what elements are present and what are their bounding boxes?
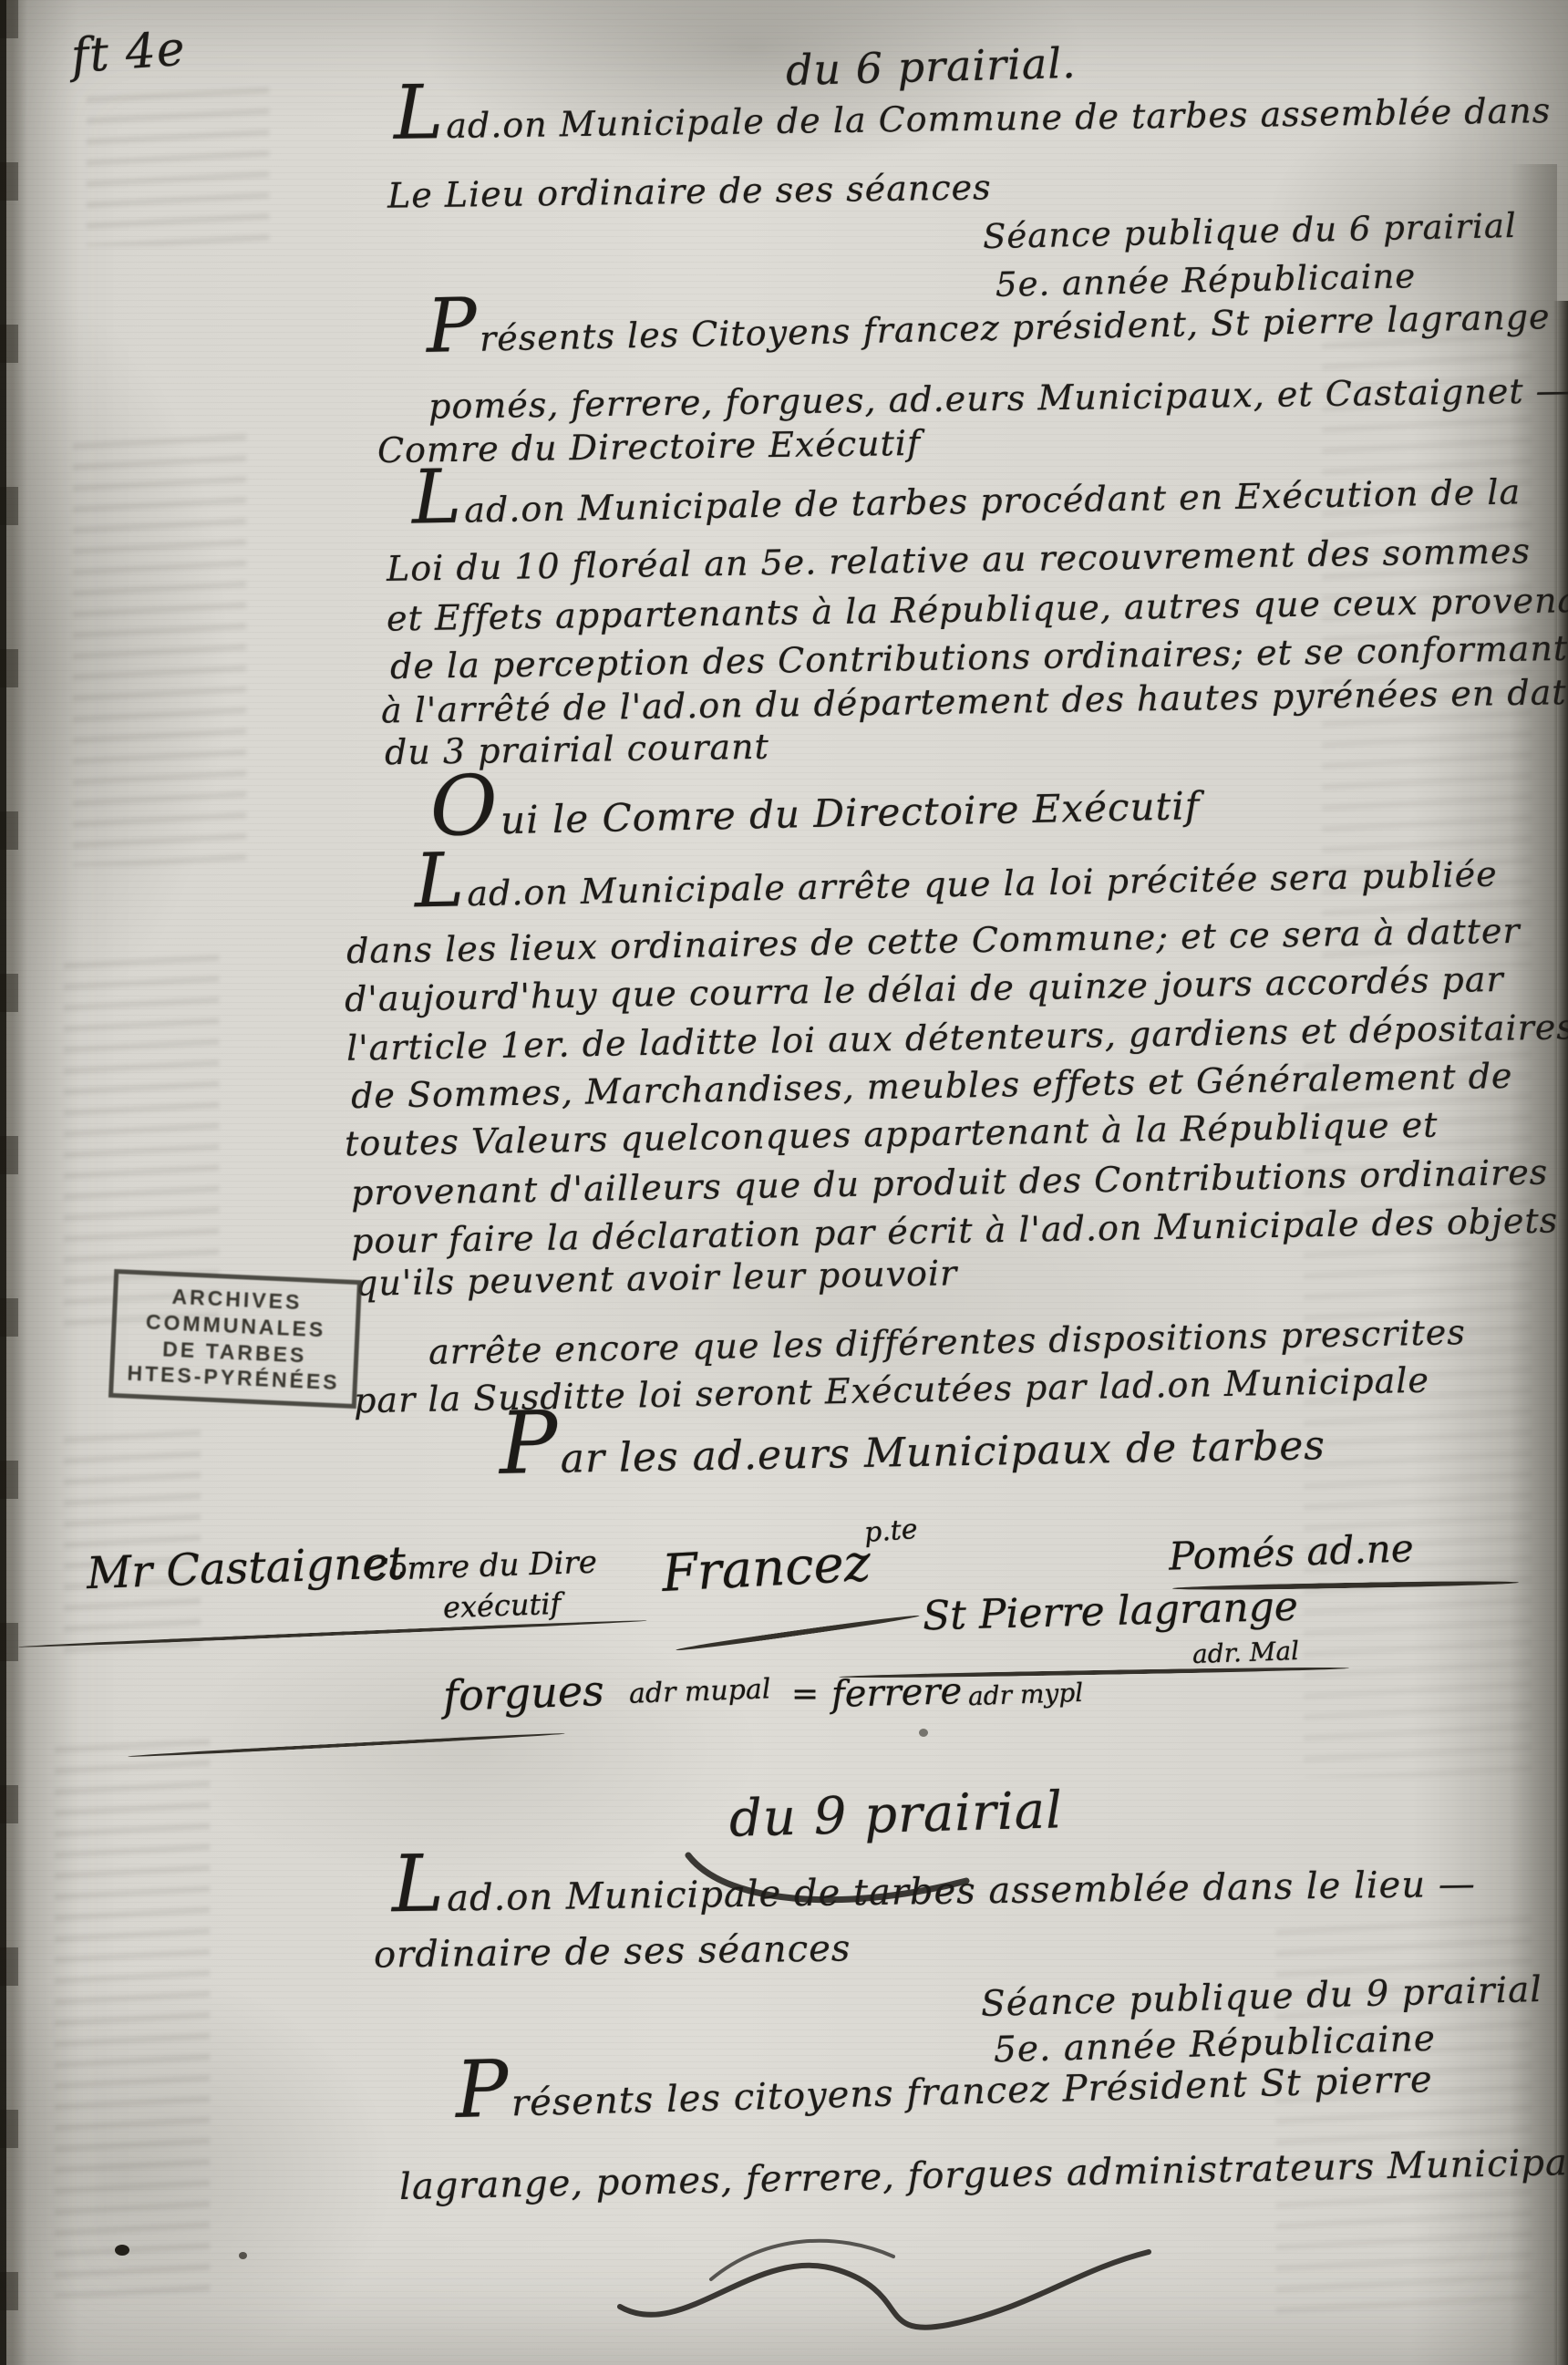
entry6-opening-line2: Le Lieu ordinaire de ses séances — [387, 167, 992, 215]
signature-flourish-underline — [18, 1619, 647, 1649]
bleedthrough-marks — [55, 1732, 210, 2298]
entry6-closing-line: Par les ad.eurs Municipaux de tarbes — [500, 1422, 1326, 1483]
entry9-session-line1: Séance publique du 9 prairial — [981, 1969, 1543, 2025]
entry6-deliberation-line2: Loi du 10 floréal an 5e. relative au rec… — [387, 531, 1532, 589]
signature-castaignet: Mr Castaignet — [86, 1537, 407, 1599]
signature-ferrere: ferrere — [830, 1670, 962, 1716]
ink-speck — [239, 2252, 247, 2259]
entry6-opening-line1: Lad.on Municipale de la Commune de tarbe… — [394, 90, 1552, 147]
signature-forgues: forgues — [442, 1666, 604, 1720]
manuscript-page: ft 4e du 6 prairial. Lad.on Municipale d… — [0, 0, 1568, 2365]
entry6-arrete-line1: Lad.on Municipale arrête que la loi préc… — [415, 854, 1498, 915]
signature-francez-title: p.te — [863, 1513, 919, 1549]
folio-number: ft 4e — [69, 22, 187, 85]
signature-forgues-title: adr mupal — [628, 1673, 771, 1709]
bleedthrough-marks — [87, 82, 269, 246]
signature-lagrange-title: adr. Mal — [1191, 1636, 1299, 1669]
signature-ferrere-title: adr mypl — [967, 1678, 1083, 1711]
signature-flourish-underline — [676, 1613, 920, 1653]
entry6-presents-line2: pomés, ferrere, forgues, ad.eurs Municip… — [428, 370, 1568, 426]
signature-lagrange: St Pierre lagrange — [922, 1584, 1298, 1640]
entry6-arrete-line6: toutes Valeurs quelconques appartenant à… — [345, 1105, 1439, 1164]
signature-flourish-underline — [128, 1731, 565, 1758]
signature-francez: Francez — [660, 1534, 872, 1604]
binding-stitch-marks — [0, 0, 18, 2365]
entry6-session-line1: Séance publique du 6 prairial — [983, 206, 1518, 256]
entry6-deliberation-line3: et Effets appartenants à la République, … — [387, 579, 1568, 638]
page-bottom-flourish — [602, 2215, 1167, 2352]
entry6-date-heading: du 6 prairial. — [785, 38, 1077, 95]
signature-pomes: Pomés ad.ne — [1168, 1525, 1414, 1578]
bleedthrough-marks — [73, 429, 246, 866]
ink-speck — [115, 2245, 129, 2256]
signature-separator: = — [791, 1676, 819, 1713]
ink-speck — [919, 1729, 928, 1737]
entry9-date-heading: du 9 prairial — [728, 1781, 1064, 1849]
entry6-arrete-line9: qu'ils peuvent avoir leur pouvoir — [356, 1253, 958, 1304]
signature-castaignet-role2: exécutif — [442, 1586, 562, 1625]
entry6-presents-line1: Présents les Citoyens francez président,… — [427, 296, 1551, 360]
bleedthrough-marks — [64, 1422, 201, 1659]
entry6-session-line2: 5e. année Républicaine — [995, 256, 1417, 305]
entry9-presents-line2: lagrange, pomes, ferrere, forgues admini… — [399, 2141, 1568, 2208]
entry9-presents-line1: Présents les citoyens francez Président … — [456, 2059, 1434, 2126]
signature-castaignet-role1: Comre du Dire — [364, 1544, 597, 1589]
entry9-opening-line1: Lad.on Municipale de tarbes assemblée da… — [392, 1864, 1476, 1921]
entry9-opening-line2: ordinaire de ses séances — [374, 1927, 851, 1976]
entry6-deliberation-line1: Lad.on Municipale de tarbes procédant en… — [412, 471, 1522, 531]
archive-stamp: ARCHIVES COMMUNALES DE TARBES HTES-PYRÉN… — [108, 1269, 362, 1409]
entry6-oui-line: Oui le Comre du Directoire Exécutif — [430, 783, 1201, 844]
